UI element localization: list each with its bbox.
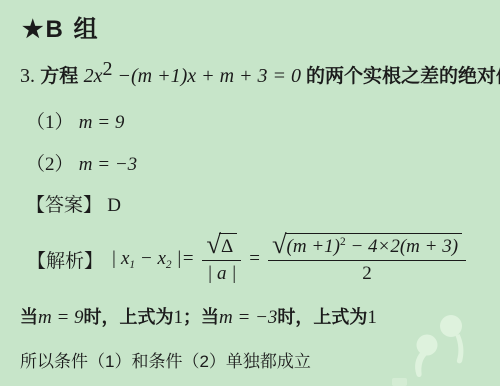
conclusion-line: 所以条件（1）和条件（2）单独都成立 [20,347,311,372]
earbud-left-tail [415,352,427,377]
equation-pre: 2x [84,65,103,87]
discriminant-part-1: (m +1) [287,236,340,257]
discriminant-part-2: − 4×2(m + 3) [346,236,458,257]
equation-exponent: 2 [102,58,112,80]
condition-row-1: （1） m = 9 [26,107,124,134]
verify-value-1: 1 [174,307,184,328]
condition-1-label: （1） [26,112,74,133]
equals-sign: = [249,248,260,270]
verification-line: 当m = 9时，上式为1；当m = −3时，上式为1 [20,303,377,329]
analysis-line: 【解析】 | x1 − x2 |= √Δ | a | = √(m +1)2 − … [27,222,466,296]
verify-seg-4: 时，上式为 [277,307,367,327]
earbud-right-head [440,315,462,337]
group-title: ★B 组 [22,9,100,44]
answer-label: 【答案】 [26,195,102,216]
earbud-right-tail [456,334,464,363]
fraction-1-numerator: √Δ [202,233,241,260]
question-lead: 方程 [40,66,78,87]
watermark-corner-smudge [392,378,407,386]
discriminant-content: (m +1)2 − 4×2(m + 3) [285,233,463,258]
fraction-2-numerator: √(m +1)2 − 4×2(m + 3) [268,233,466,260]
condition-1-expression: m = 9 [79,112,125,133]
verify-value-2: 1 [367,307,377,328]
condition-2-label: （2） [26,154,74,175]
condition-row-2: （2） m = −3 [26,149,137,176]
fraction-2-denominator: 2 [268,260,466,285]
earbuds-watermark-icon [392,298,500,386]
verify-seg-1: 当 [20,307,38,327]
verify-seg-2: 时，上式为 [84,307,174,327]
condition-2-expression: m = −3 [79,154,137,175]
abs-close: |= [172,248,195,269]
question-tail: 的两个实根之差的绝对值为 [306,66,500,87]
analysis-label: 【解析】 [27,246,103,273]
verify-m-equals-9: m = 9 [38,307,84,328]
radical-discriminant: √(m +1)2 − 4×2(m + 3) [272,233,462,258]
earbud-left-head [417,335,438,356]
fraction-1-denominator: | a | [202,260,241,285]
radical-delta: √Δ [206,233,237,258]
abs-open: | x [111,248,129,269]
fraction-discriminant: √(m +1)2 − 4×2(m + 3) 2 [268,233,466,285]
verify-seg-3: ；当 [183,307,219,327]
abs-difference-expression: | x1 − x2 |= [111,248,194,271]
verify-m-equals-minus-3: m = −3 [219,307,277,328]
abs-minus: − x [135,248,166,269]
question-number: 3. [20,65,35,87]
fraction-sqrt-delta: √Δ | a | [202,233,241,285]
question-stem: 3. 方程 2x2 −(m +1)x + m + 3 = 0 的两个实根之差的绝… [20,58,500,88]
document-page: ★B 组 3. 方程 2x2 −(m +1)x + m + 3 = 0 的两个实… [0,0,500,386]
answer-value: D [107,195,121,216]
answer-line: 【答案】 D [26,190,121,217]
delta-symbol: Δ [219,233,237,258]
equation-post: −(m +1)x + m + 3 = 0 [112,65,306,87]
